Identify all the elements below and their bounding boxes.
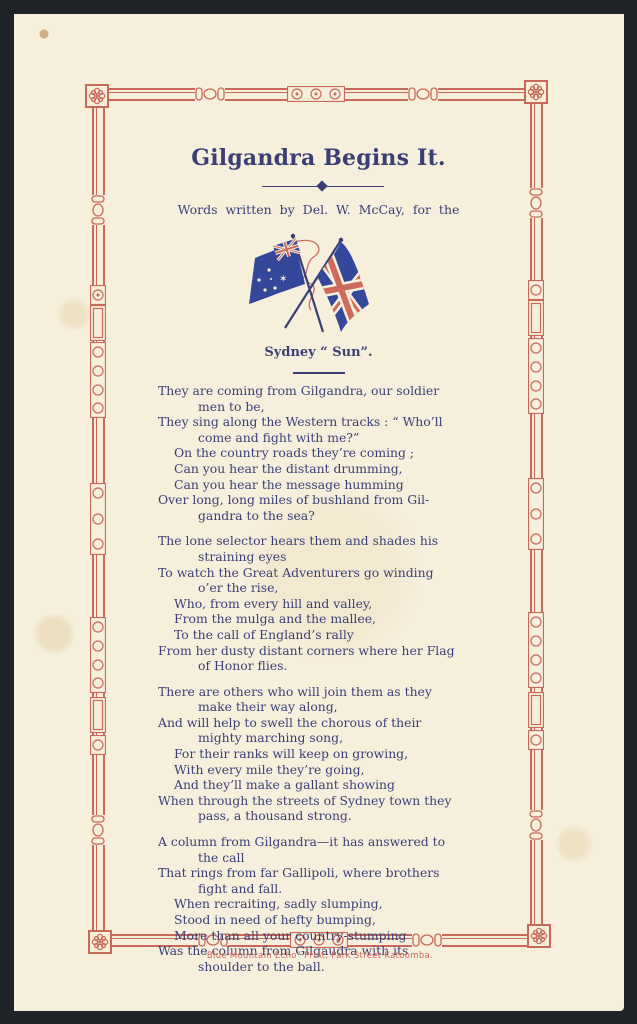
source-divider xyxy=(293,372,345,374)
vertical-rosette-band-icon xyxy=(90,285,106,305)
poem-line: When through the streets of Sydney town … xyxy=(158,793,478,809)
stanza: The lone selector hears them and shades … xyxy=(158,533,478,673)
poem-line: shoulder to the ball. xyxy=(158,959,478,975)
poem-line: That rings from far Gallipoli, where bro… xyxy=(158,865,478,881)
vertical-rosette-band-icon xyxy=(528,612,544,688)
corner-rosette-icon xyxy=(524,80,548,104)
stanza: They are coming from Gilgandra, our sold… xyxy=(158,383,478,523)
poem-line: And will help to swell the chorous of th… xyxy=(158,715,478,731)
poem-line: And they’ll make a gallant showing xyxy=(158,777,478,793)
stanza: There are others who will join them as t… xyxy=(158,684,478,824)
svg-text:✶: ✶ xyxy=(279,274,287,285)
vertical-rosette-band-icon xyxy=(528,730,544,750)
poem-line: The lone selector hears them and shades … xyxy=(158,533,478,549)
poem-line: On the country roads they’re coming ; xyxy=(158,445,478,461)
poem-title: Gilgandra Begins It. xyxy=(0,145,637,171)
poem-line: Over long, long miles of bushland from G… xyxy=(158,492,478,508)
panel-ornament-icon xyxy=(528,692,544,728)
panel-ornament-icon xyxy=(90,697,106,733)
poem-line: Can you hear the distant drumming, xyxy=(158,461,478,477)
crossed-flags-icon: ✶ xyxy=(245,232,373,344)
byline: Words written by Del. W. McCay, for the xyxy=(0,202,637,217)
poem-line: mighty marching song, xyxy=(158,730,478,746)
poem-line: With every mile they’re going, xyxy=(158,762,478,778)
bead-ornament-icon xyxy=(408,86,438,102)
poem-line: From her dusty distant corners where her… xyxy=(158,643,478,659)
corner-rosette-icon xyxy=(527,924,551,948)
poem-line: of Honor flies. xyxy=(158,658,478,674)
panel-ornament-icon xyxy=(528,300,544,336)
poem-line: straining eyes xyxy=(158,549,478,565)
poem-line: They sing along the Western tracks : “ W… xyxy=(158,414,478,430)
poem-line: Stood in need of hefty bumping, xyxy=(158,912,478,928)
poem-line: They are coming from Gilgandra, our sold… xyxy=(158,383,478,399)
poem-line: pass, a thousand strong. xyxy=(158,808,478,824)
vertical-rosette-band-icon xyxy=(90,735,106,755)
poem-line: fight and fall. xyxy=(158,881,478,897)
poem-line: From the mulga and the mallee, xyxy=(158,611,478,627)
vertical-rosette-band-icon xyxy=(528,478,544,550)
poem-line: Can you hear the message humming xyxy=(158,477,478,493)
poem-line: Who, from every hill and valley, xyxy=(158,596,478,612)
poem-line: o’er the rise, xyxy=(158,580,478,596)
poem-line: make their way along, xyxy=(158,699,478,715)
vertical-rosette-band-icon xyxy=(90,617,106,693)
poem-line: More than all your country-stumping xyxy=(158,928,478,944)
poem-line: To the call of England’s rally xyxy=(158,627,478,643)
vertical-rosette-band-icon xyxy=(528,280,544,300)
rosette-band-icon xyxy=(287,86,345,102)
poem-line: the call xyxy=(158,850,478,866)
poem-line: There are others who will join them as t… xyxy=(158,684,478,700)
poem-body: They are coming from Gilgandra, our sold… xyxy=(158,383,478,984)
corner-rosette-icon xyxy=(85,84,109,108)
poem-line: come and fight with me?” xyxy=(158,430,478,446)
vertical-rosette-band-icon xyxy=(90,483,106,555)
vertical-bead-ornament-icon xyxy=(90,815,106,845)
poem-line: When recraiting, sadly slumping, xyxy=(158,896,478,912)
poem-line: gandra to the sea? xyxy=(158,508,478,524)
poem-line: To watch the Great Adventurers go windin… xyxy=(158,565,478,581)
poem-line: For their ranks will keep on growing, xyxy=(158,746,478,762)
title-divider xyxy=(262,186,384,187)
printer-imprint: ‘Blue Mountain Echo” Print, Park Street … xyxy=(0,951,637,961)
panel-ornament-icon xyxy=(90,305,106,341)
vertical-bead-ornament-icon xyxy=(528,810,544,840)
poem-line: A column from Gilgandra—it has answered … xyxy=(158,834,478,850)
bead-ornament-icon xyxy=(195,86,225,102)
source-credit: Sydney “ Sun”. xyxy=(0,345,637,360)
poem-line: men to be, xyxy=(158,399,478,415)
